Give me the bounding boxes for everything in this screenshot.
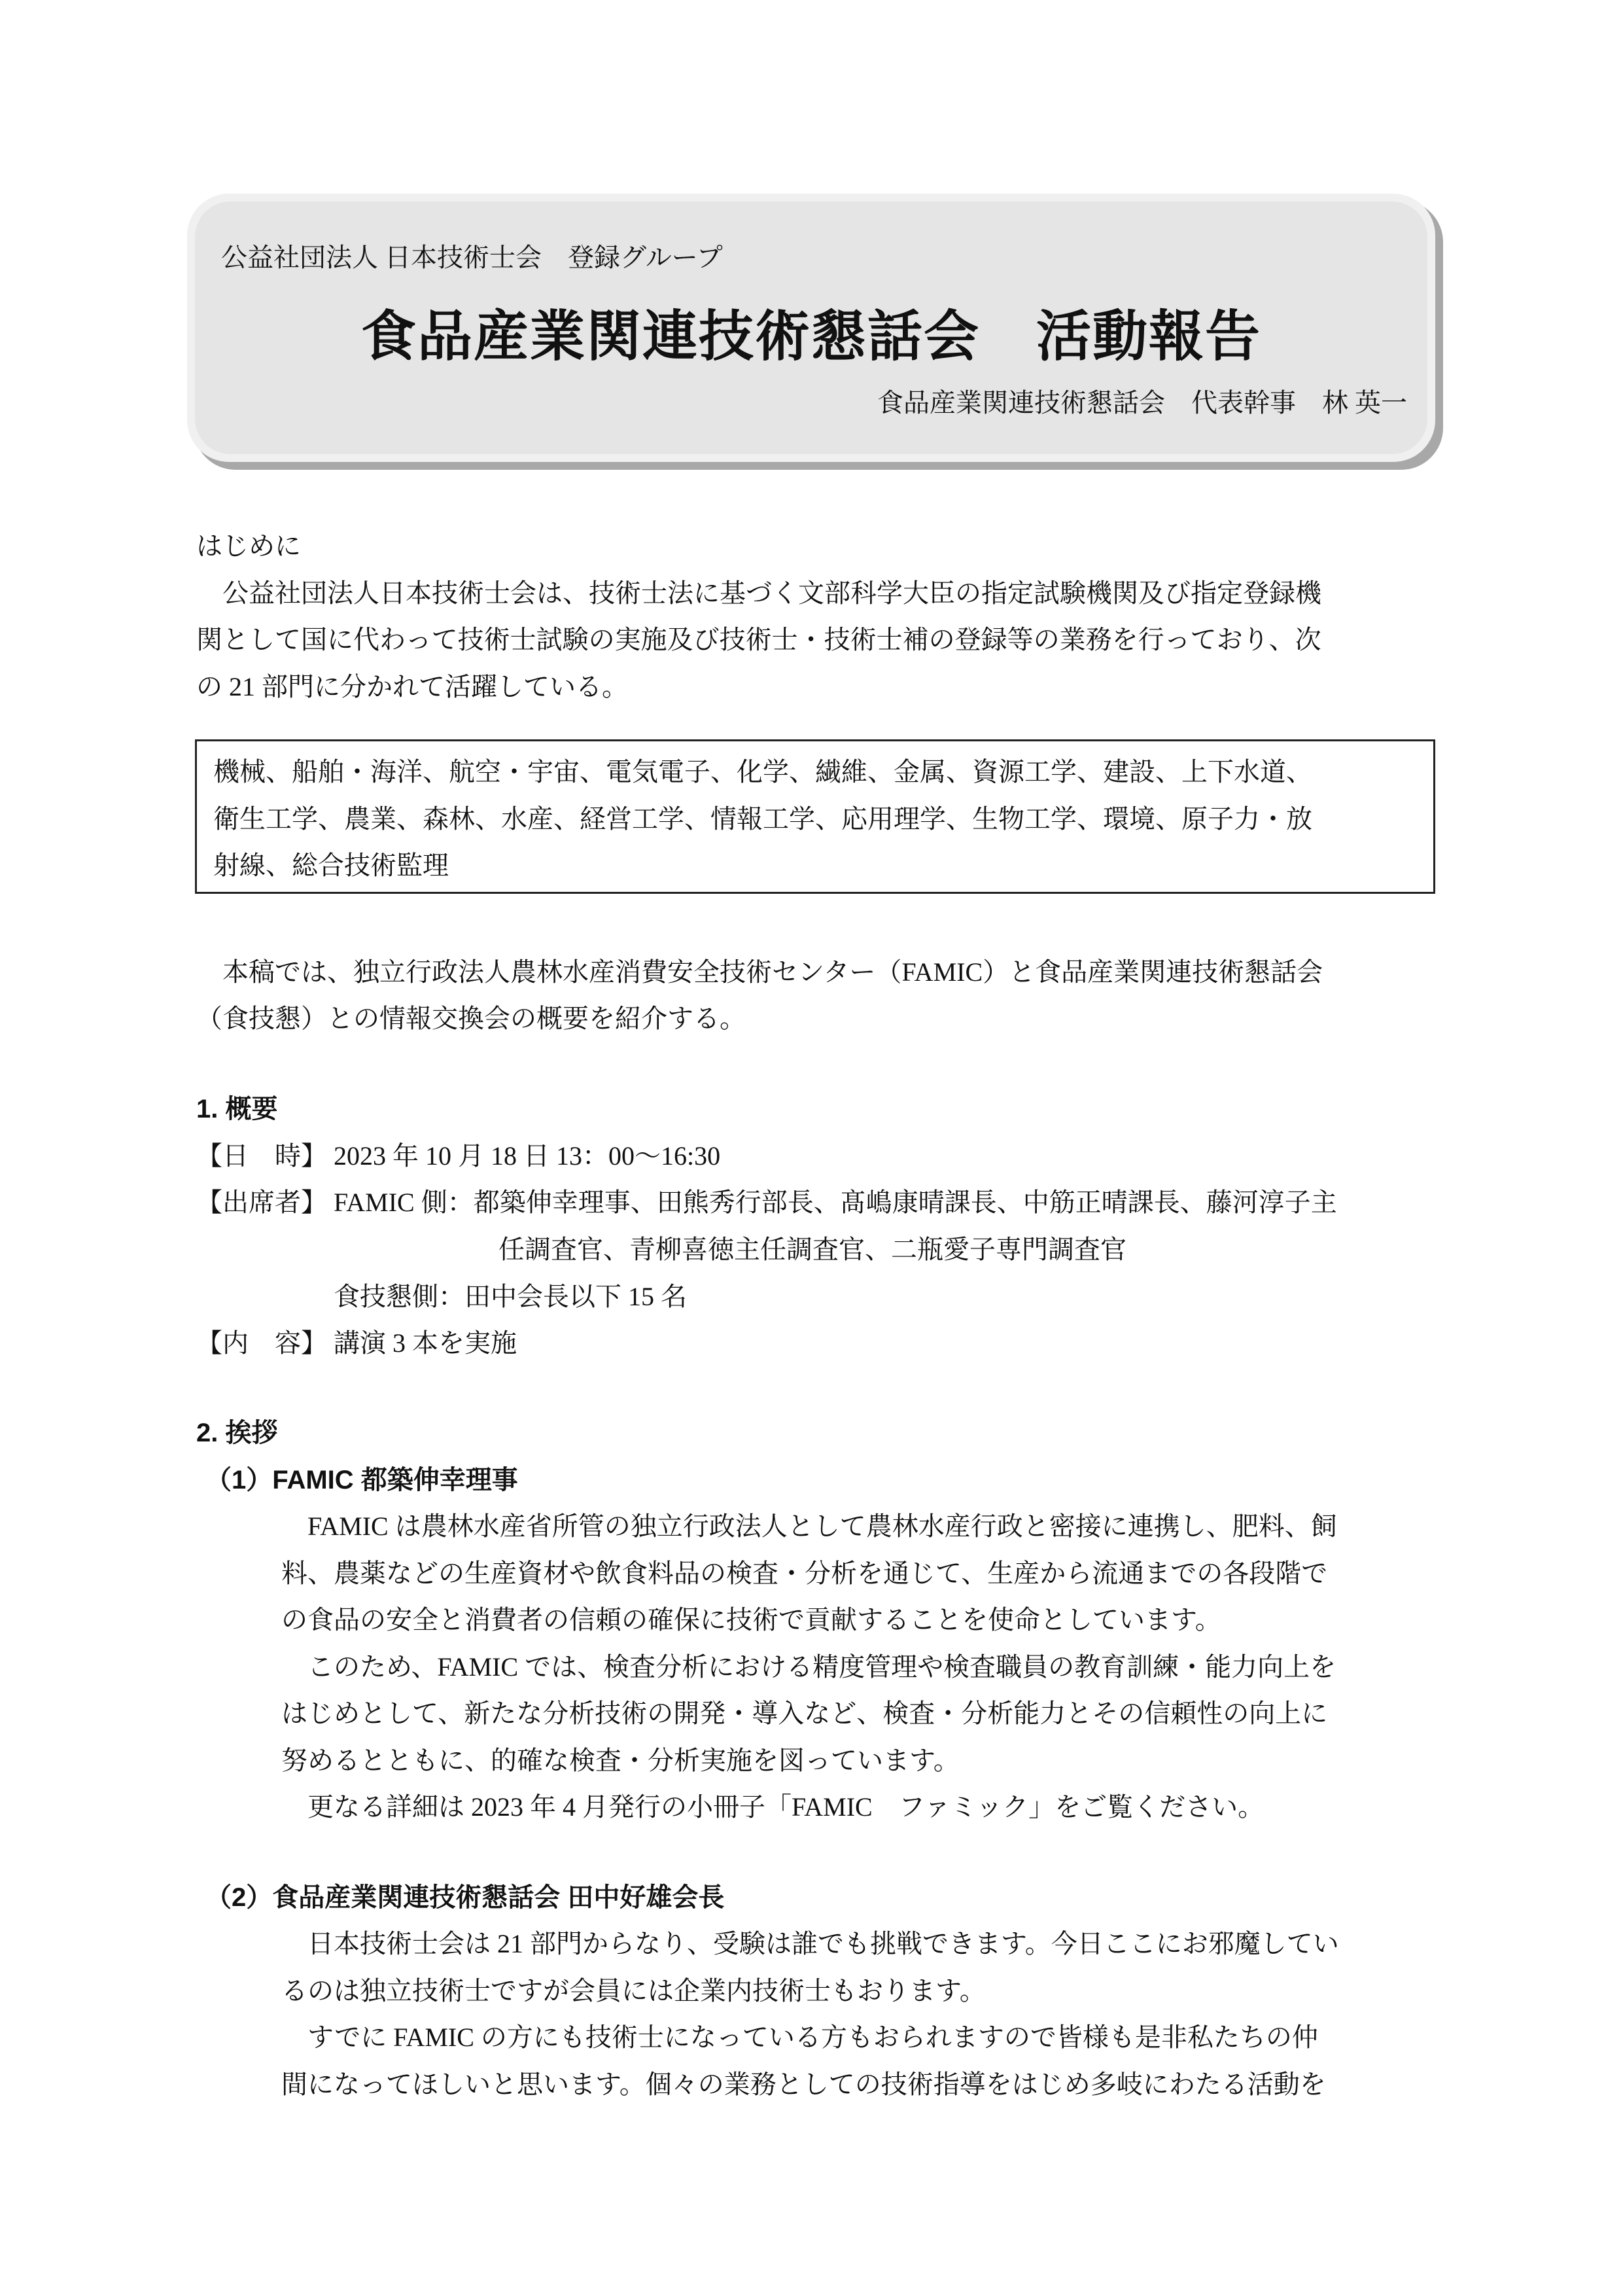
sub1-line: 努めるとともに、的確な検査・分析実施を図っています。 (281, 1748, 960, 1774)
purpose-line: 本稿では、独立行政法人農林水産消費安全技術センター（FAMIC）と食品産業関連技… (196, 959, 1323, 985)
date-label: 【日 時】 (196, 1143, 327, 1169)
author-line: 食品産業関連技術懇話会 代表幹事 林 英一 (877, 382, 1407, 419)
intro-heading: はじめに (196, 533, 301, 559)
date-value: 2023 年 10 月 18 日 13：00～16:30 (334, 1143, 720, 1169)
sub1-line: 料、農薬などの生産資材や飲食料品の検査・分析を通じて、生産から流通までの各段階で (281, 1561, 1327, 1587)
section-2-heading: 2. 挨拶 (196, 1420, 277, 1446)
departments-line: 機械、船舶・海洋、航空・宇宙、電気電子、化学、繊維、金属、資源工学、建設、上下水… (213, 759, 1312, 785)
sub1-line: このため、FAMIC では、検査分析における精度管理や検査職員の教育訓練・能力向… (281, 1654, 1336, 1680)
departments-line: 衛生工学、農業、森林、水産、経営工学、情報工学、応用理学、生物工学、環境、原子力… (213, 806, 1312, 832)
sub2-line: 日本技術士会は 21 部門からなり、受験は誰でも挑戦できます。今日ここにお邪魔し… (281, 1931, 1339, 1957)
page-title: 食品産業関連技術懇話会 活動報告 (187, 292, 1435, 372)
sub1-line: はじめとして、新たな分析技術の開発・導入など、検査・分析能力とその信頼性の向上に (281, 1701, 1327, 1727)
sub2-line: 間になってほしいと思います。個々の業務としての技術指導をはじめ多岐にわたる活動を (281, 2072, 1326, 2098)
sub1-line: の食品の安全と消費者の信頼の確保に技術で貢献することを使命としています。 (281, 1607, 1221, 1633)
subsection-2-heading: （2）食品産業関連技術懇話会 田中好雄会長 (205, 1884, 724, 1911)
sub2-line: るのは独立技術士ですが会員には企業内技術士もおります。 (281, 1978, 986, 2004)
intro-line: の 21 部門に分かれて活躍している。 (196, 674, 628, 700)
purpose-line: （食技懇）との情報交換会の概要を紹介する。 (196, 1006, 746, 1032)
sub2-line: すでに FAMIC の方にも技術士になっている方もおられますので皆様も是非私たち… (281, 2024, 1318, 2051)
departments-line: 射線、総合技術監理 (213, 853, 449, 879)
section-1-heading: 1. 概要 (196, 1096, 277, 1122)
sub1-line: 更なる詳細は 2023 年 4 月発行の小冊子「FAMIC ファミック」をご覧く… (281, 1794, 1264, 1820)
intro-line: 関として国に代わって技術士試験の実施及び技術士・技術士補の登録等の業務を行ってお… (196, 627, 1321, 653)
content-label: 【内 容】 (196, 1330, 327, 1356)
attendees-famic-cont: 任調査官、青柳喜徳主任調査官、二瓶愛子専門調査官 (498, 1237, 1126, 1263)
organization-line: 公益社団法人 日本技術士会 登録グループ (221, 237, 723, 274)
attendees-famic: FAMIC 側：都築伸幸理事、田熊秀行部長、髙嶋康晴課長、中筋正晴課長、藤河淳子… (334, 1190, 1337, 1216)
intro-line: 公益社団法人日本技術士会は、技術士法に基づく文部科学大臣の指定試験機関及び指定登… (196, 580, 1321, 607)
content-value: 講演 3 本を実施 (334, 1330, 517, 1356)
subsection-1-heading: （1）FAMIC 都築伸幸理事 (205, 1467, 518, 1493)
sub1-line: FAMIC は農林水産省所管の独立行政法人として農林水産行政と密接に連携し、肥料… (281, 1513, 1337, 1540)
attendees-shokugikon: 食技懇側：田中会長以下 15 名 (334, 1284, 687, 1310)
attendees-label: 【出席者】 (196, 1190, 327, 1216)
